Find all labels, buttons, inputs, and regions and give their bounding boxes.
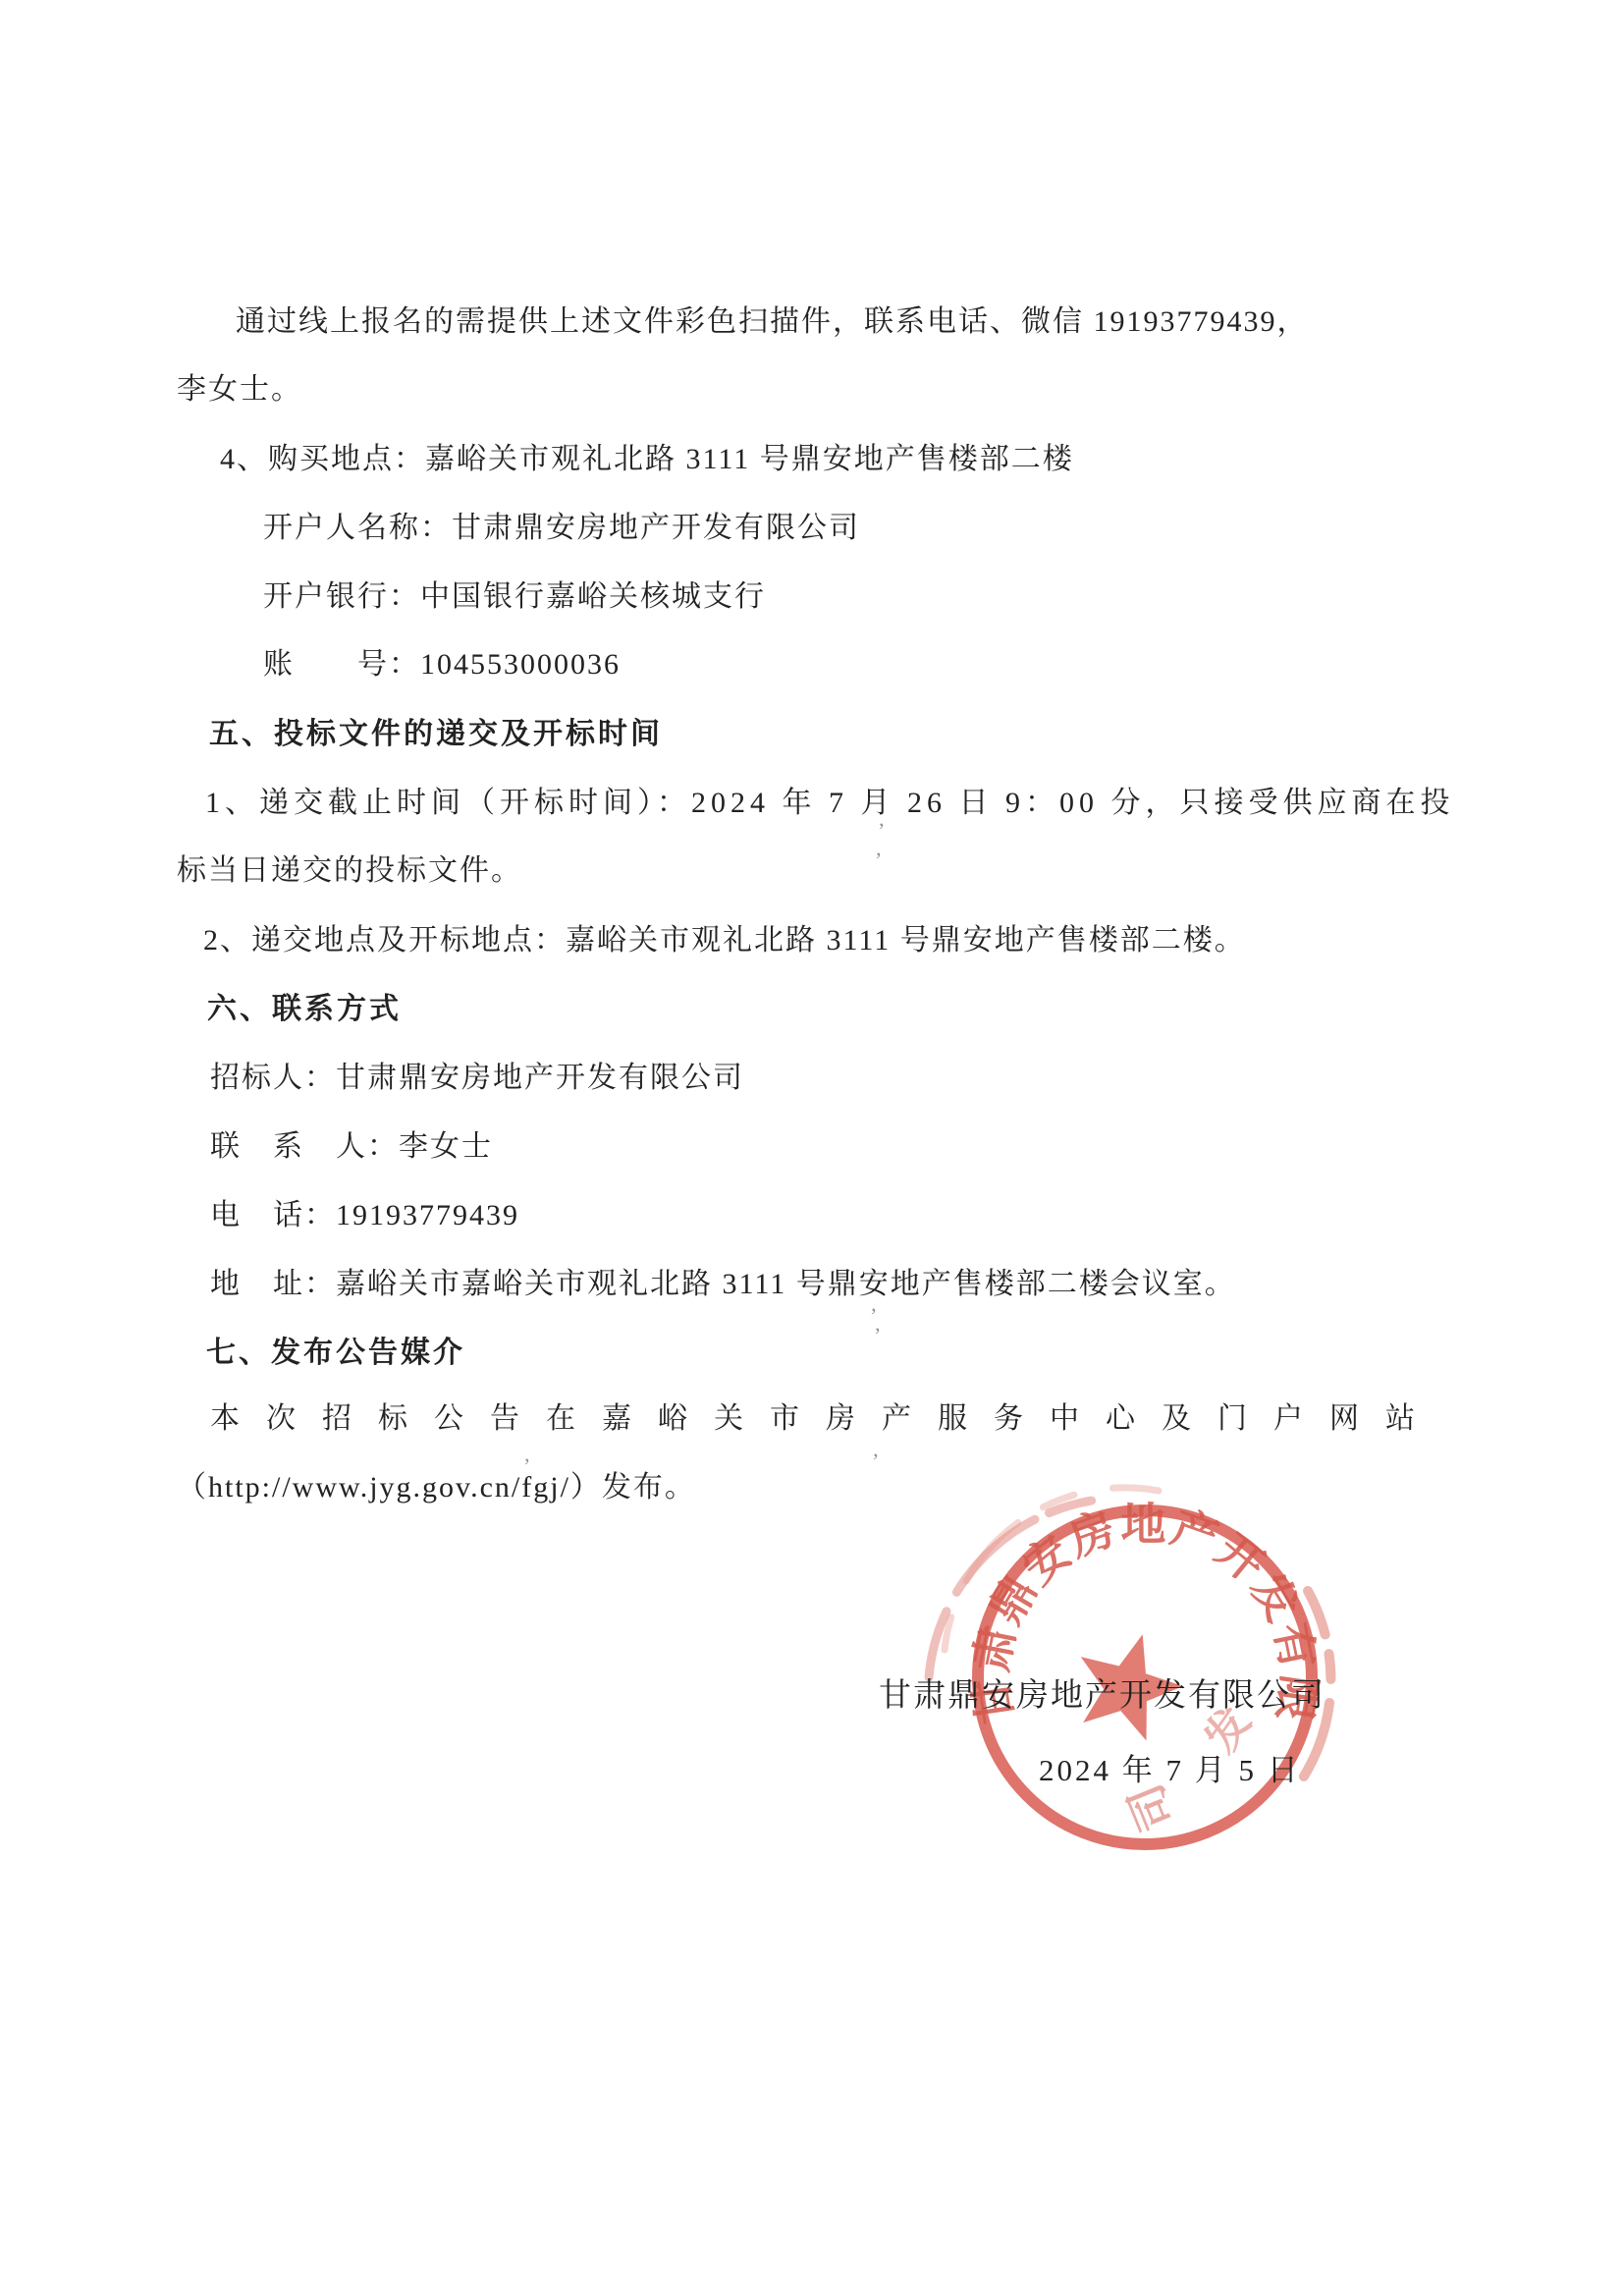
announcement-media-line1: 本次招标公告在嘉峪关市房产服务中心及门户网站: [210, 1394, 1441, 1437]
scan-artifact: ’: [874, 1323, 881, 1348]
submission-location: 2、递交地点及开标地点：嘉峪关市观礼北路 3111 号鼎安地产售楼部二楼。: [203, 915, 1246, 958]
paragraph-online-note-line1: 通过线上报名的需提供上述文件彩色扫描件，联系电话、微信 19193779439，: [236, 297, 1309, 340]
scan-artifact: ’: [875, 847, 882, 873]
section-heading-6: 六、联系方式: [207, 984, 402, 1027]
bank-name: 开户银行：中国银行嘉峪关核城支行: [263, 572, 766, 615]
deadline-line1: 1、递交截止时间（开标时间）：2024 年 7 月 26 日 9：00 分，只接…: [205, 778, 1455, 821]
scan-artifact: ’: [872, 1449, 879, 1474]
contact-person: 联 系 人：李女士: [210, 1121, 493, 1165]
contact-phone: 电 话：19193779439: [210, 1190, 519, 1233]
section-heading-7: 七、发布公告媒介: [206, 1328, 465, 1371]
announcement-media-line2: （http://www.jyg.gov.cn/fgj/）发布。: [177, 1462, 696, 1505]
scanned-document-page: 甘肃鼎安房地产开发有限公司 发 司 通过线上报名的需提供上述文件彩色扫描件，联系…: [0, 0, 1623, 2296]
signature-date: 2024 年 7 月 5 日: [1039, 1745, 1301, 1789]
account-number: 账 号：104553000036: [263, 639, 621, 683]
paragraph-online-note-line2: 李女士。: [177, 364, 302, 408]
contact-address: 地 址：嘉峪关市嘉峪关市观礼北路 3111 号鼎安地产售楼部二楼会议室。: [210, 1259, 1236, 1302]
seal-ghost-arc-top-left-2: [945, 1488, 1159, 1650]
signature-company: 甘肃鼎安房地产开发有限公司: [879, 1669, 1325, 1716]
item-purchase-location: 4、购买地点：嘉峪关市观礼北路 3111 号鼎安地产售楼部二楼: [220, 434, 1074, 477]
section-heading-5: 五、投标文件的递交及开标时间: [209, 709, 663, 752]
scan-artifact: ’: [878, 818, 885, 844]
contact-tenderee: 招标人：甘肃鼎安房地产开发有限公司: [210, 1053, 744, 1096]
account-holder-name: 开户人名称：甘肃鼎安房地产开发有限公司: [263, 503, 860, 546]
scan-artifact: ’: [523, 1453, 530, 1479]
seal-ghost-arc-top-left: [929, 1499, 1108, 1677]
deadline-line2: 标当日递交的投标文件。: [177, 846, 522, 889]
